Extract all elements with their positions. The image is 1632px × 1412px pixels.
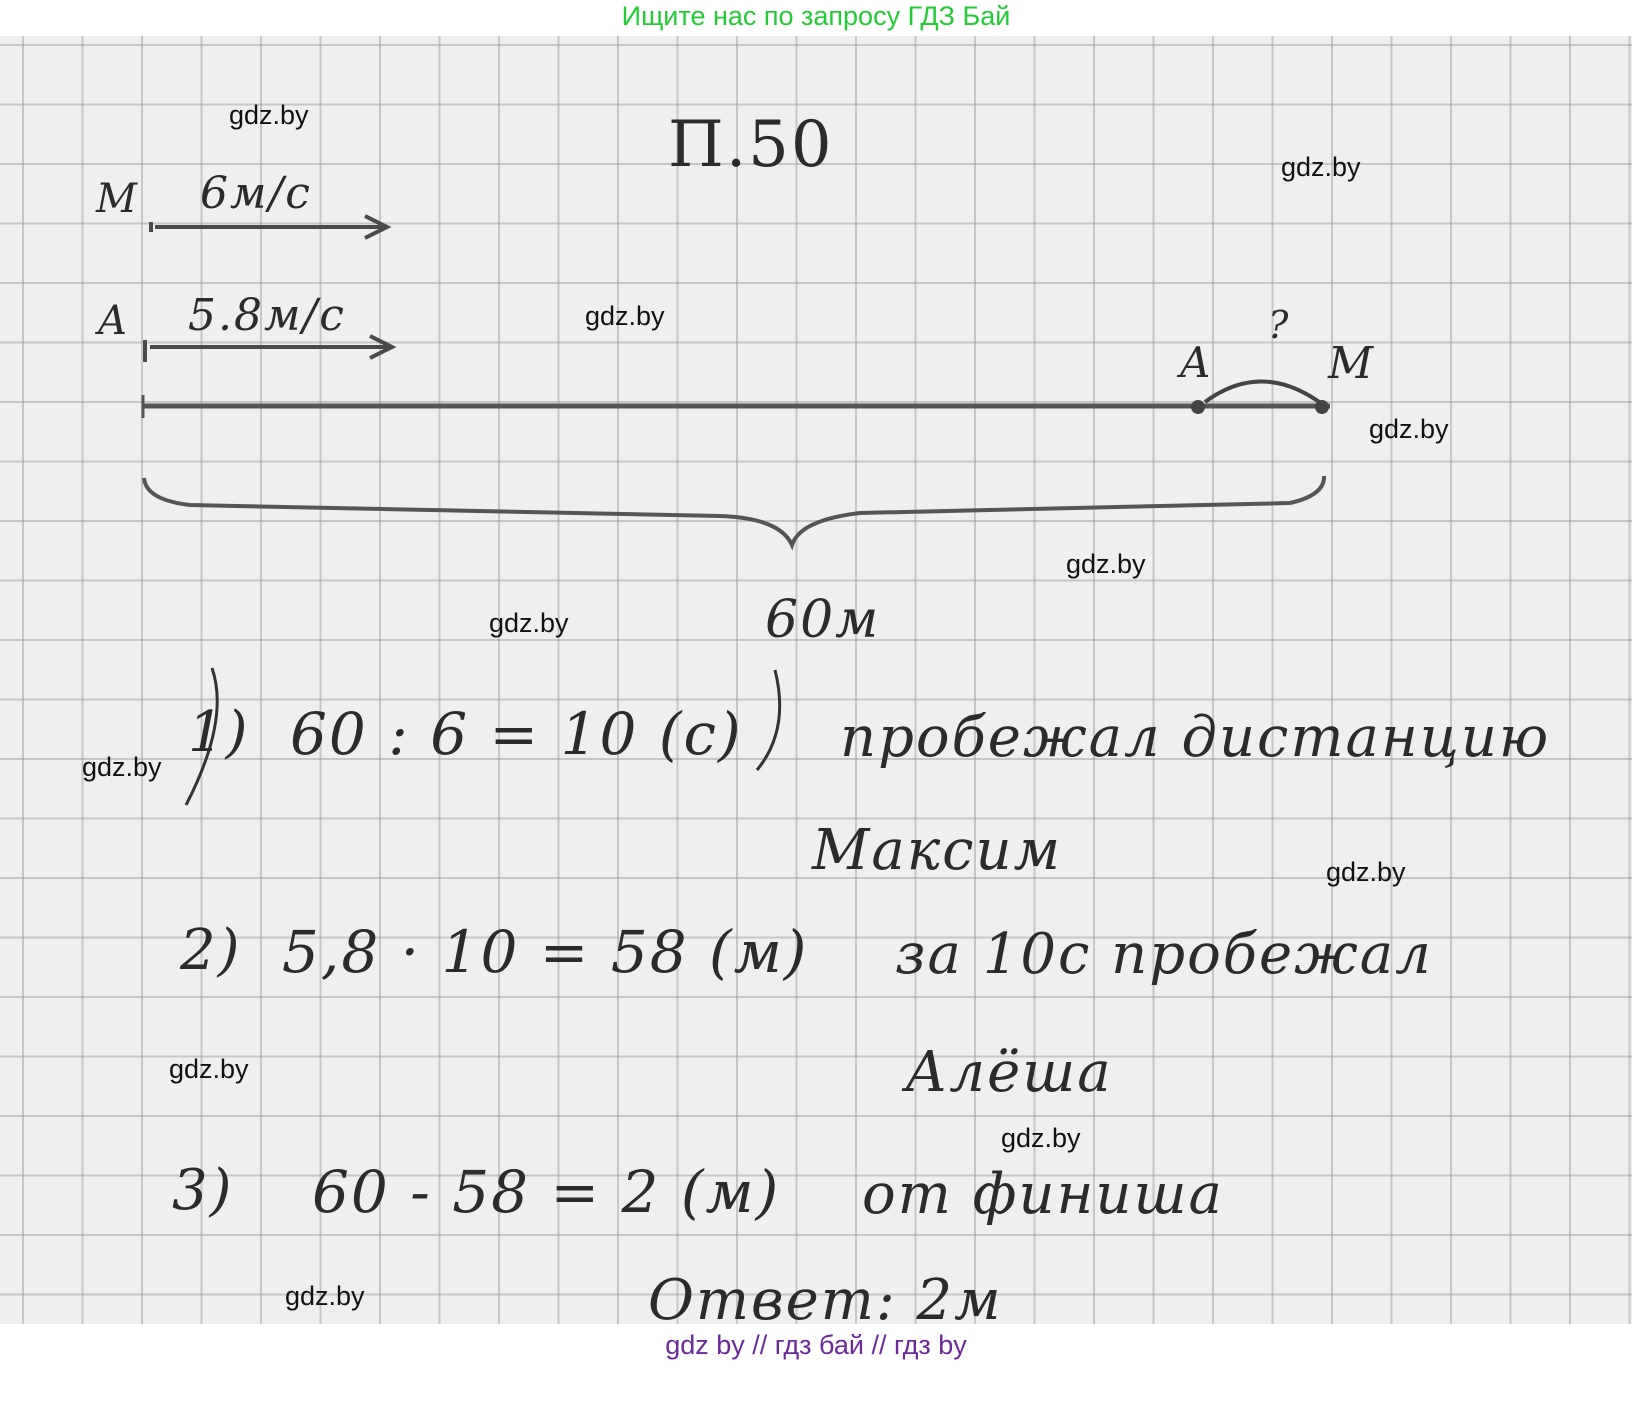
step-number: 2): [180, 918, 241, 983]
watermark: gdz.by: [1001, 1123, 1081, 1154]
step-text: от финиша: [862, 1162, 1224, 1227]
watermark: gdz.by: [1369, 414, 1449, 445]
end-a-label: A: [1180, 338, 1212, 387]
step-continuation: Максим: [812, 818, 1062, 883]
watermark: gdz.by: [585, 301, 665, 332]
step-expression: 60 : 6 = 10 (с): [290, 700, 743, 768]
watermark: gdz.by: [229, 100, 309, 131]
end-m-label: M: [1328, 338, 1375, 389]
runner-a-label: A: [98, 298, 129, 344]
step-number: 1): [188, 700, 249, 765]
watermark: gdz.by: [1281, 152, 1361, 183]
watermark: gdz.by: [489, 608, 569, 639]
gap-arc-icon: [1205, 381, 1322, 404]
brace-icon: [144, 476, 1324, 545]
watermark: gdz.by: [285, 1281, 365, 1312]
problem-title: П.50: [668, 108, 834, 182]
point-a-icon: [1191, 400, 1205, 414]
arrow-icon: [151, 216, 387, 238]
watermark: gdz.by: [1326, 857, 1406, 888]
gap-question: ?: [1268, 303, 1290, 347]
step-text: за 10с пробежал: [895, 922, 1433, 987]
runner-m-speed: 6м/с: [200, 168, 312, 219]
watermark: gdz.by: [169, 1054, 249, 1085]
step-continuation: Алёша: [905, 1040, 1113, 1105]
runner-a-speed: 5.8м/с: [188, 290, 346, 341]
watermark: gdz.by: [82, 752, 162, 783]
total-distance: 60м: [765, 590, 880, 650]
runner-m-label: M: [96, 176, 139, 222]
step-expression: 60 - 58 = 2 (м): [312, 1158, 780, 1226]
step-number: 3): [172, 1158, 233, 1223]
step-expression: 5,8 · 10 = 58 (м): [282, 918, 808, 986]
step-text: пробежал дистанцию: [840, 705, 1550, 770]
watermark: gdz.by: [1066, 549, 1146, 580]
bottom-banner: gdz by // гдз бай // гдз by: [0, 1324, 1632, 1412]
